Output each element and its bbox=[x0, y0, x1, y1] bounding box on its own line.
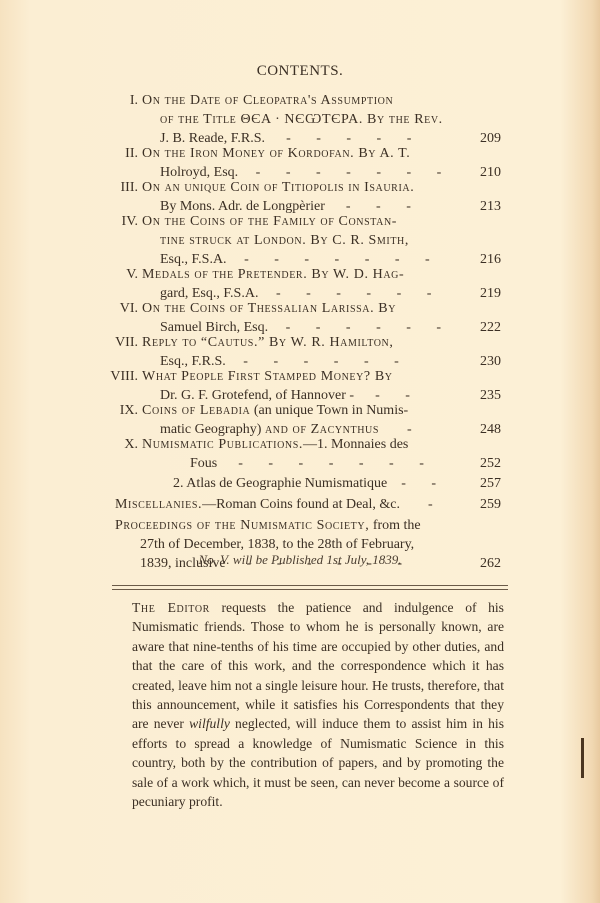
page-number: 219 bbox=[470, 284, 501, 304]
entry-title-line-1: On the Date of Cleopatra's Assumption bbox=[142, 91, 393, 111]
page-title: CONTENTS. bbox=[0, 63, 600, 80]
entry-number: VII. bbox=[100, 333, 138, 353]
entry-number: IV. bbox=[100, 212, 138, 232]
entry-title-line-1: What People First Stamped Money? By bbox=[142, 367, 393, 387]
page-number: 209 bbox=[470, 129, 501, 149]
page-number: 213 bbox=[470, 197, 501, 217]
editor-note-lead: The Editor bbox=[132, 600, 210, 615]
page-number: 210 bbox=[470, 163, 501, 183]
editor-note-text: requests the patience and indulgence of … bbox=[132, 600, 504, 731]
page-number: 252 bbox=[470, 454, 501, 474]
entry-title-line-1: 2. Atlas de Geographie Numismatique - - bbox=[173, 474, 436, 494]
entry-title-line-2: Fous - - - - - - - bbox=[190, 454, 424, 474]
entry-title-line-1: Reply to “Cautus.” By W. R. Hamilton, bbox=[142, 333, 393, 353]
entry-title-line-2: tine struck at London. By C. R. Smith, bbox=[160, 231, 409, 251]
entry-number: VIII. bbox=[100, 367, 138, 387]
entry-number: IX. bbox=[100, 401, 138, 421]
entry-number: V. bbox=[100, 265, 138, 285]
page-number: 248 bbox=[470, 420, 501, 440]
page-number: 257 bbox=[470, 474, 501, 494]
entry-title-line-1: On an unique Coin of Titiopolis in Isaur… bbox=[142, 178, 414, 198]
entry-title-line-1: On the Coins of the Family of Constan- bbox=[142, 212, 397, 232]
entry-title-line-1: On the Coins of Thessalian Larissa. By bbox=[142, 299, 396, 319]
double-rule-divider bbox=[112, 585, 508, 590]
entry-number: VI. bbox=[100, 299, 138, 319]
page-number: 216 bbox=[470, 250, 501, 270]
editor-note: The Editor requests the patience and ind… bbox=[132, 598, 504, 811]
entry-title-line-1: Miscellanies.—Roman Coins found at Deal,… bbox=[115, 495, 433, 515]
page-number: 259 bbox=[470, 495, 501, 515]
editor-note-emphasis: wilfully bbox=[189, 716, 230, 731]
page-number: 230 bbox=[470, 352, 501, 372]
entry-number: III. bbox=[100, 178, 138, 198]
publication-notice: No. V. will be Published 1st July, 1839. bbox=[0, 552, 600, 568]
entry-title-line-1: Numismatic Publications.—1. Monnaies des bbox=[142, 435, 408, 455]
entry-title-line-2: of the Title ΘЄΑ · ΝЄѠΤЄΡΑ. By the Rev. bbox=[160, 110, 443, 130]
entry-title-line-1: On the Iron Money of Kordofan. By A. T. bbox=[142, 144, 410, 164]
entry-title-line-1: Medals of the Pretender. By W. D. Hag- bbox=[142, 265, 404, 285]
entry-title-line-1: Proceedings of the Numismatic Society, f… bbox=[115, 516, 421, 536]
page-number: 222 bbox=[470, 318, 501, 338]
margin-mark bbox=[581, 738, 584, 778]
entry-number: I. bbox=[100, 91, 138, 111]
entry-number: X. bbox=[100, 435, 138, 455]
page-number: 235 bbox=[470, 386, 501, 406]
entry-number: II. bbox=[100, 144, 138, 164]
entry-title-line-1: Coins of Lebadia (an unique Town in Numi… bbox=[142, 401, 408, 421]
